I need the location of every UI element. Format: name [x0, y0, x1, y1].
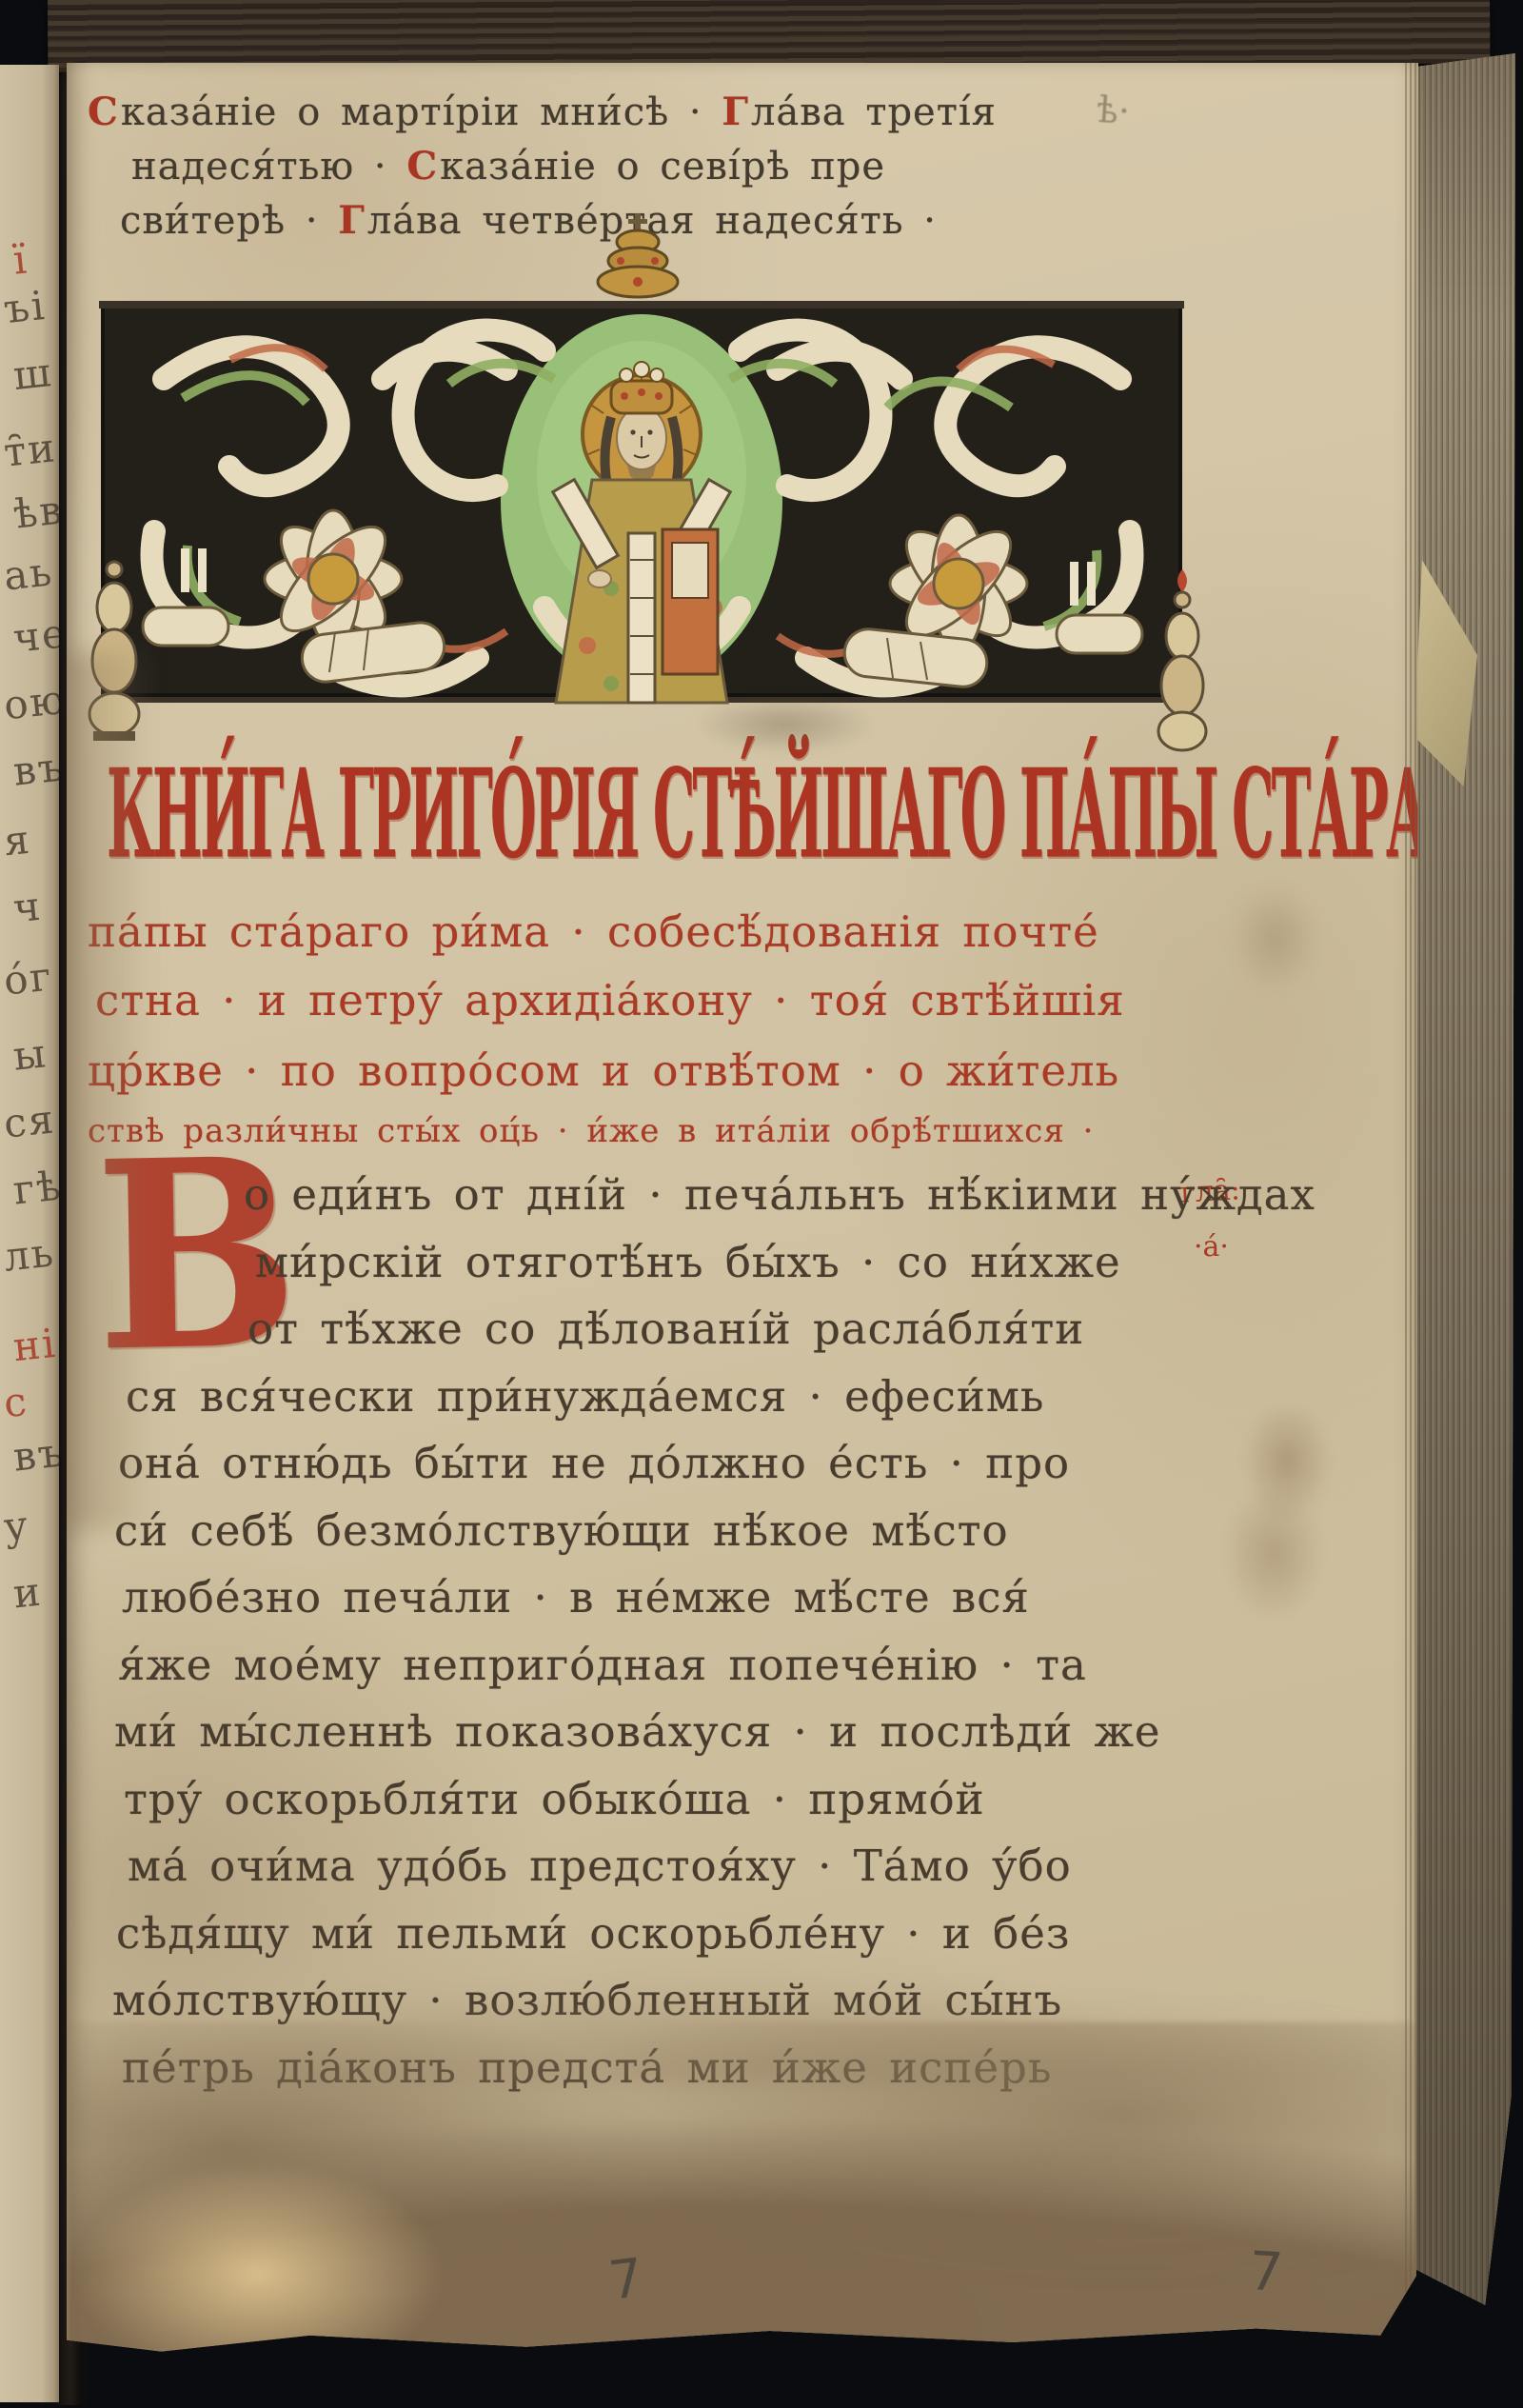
stain	[72, 2162, 444, 2386]
left-candelabra-pendant-icon	[84, 558, 145, 746]
ornamental-headpiece	[97, 293, 1187, 724]
pencil-folio-number: 7	[1247, 2240, 1285, 2304]
header-line: сви́терѣ · Гла́ва четве́ртая надеся́ть ·	[120, 198, 937, 243]
manuscript-line: ся вся́чески при́нужда́емся · ефеси́мь	[126, 1371, 1044, 1422]
header-text-block: Сказа́ніе о марті́ріи мни́сѣ · Гла́ва тр…	[88, 90, 1373, 275]
manuscript-line: любе́зно печа́ли · в не́мже мѣ́сте вся́	[122, 1572, 1030, 1622]
right-candelabra-pendant-icon	[1152, 567, 1213, 756]
manuscript-line: мо́лствую́щу · возлю́бленный мо́й сы́нъ	[112, 1975, 1062, 2025]
manuscript-line: от тѣ́хже со дѣ́ловані́й расла́бля́ти	[247, 1304, 1084, 1354]
text-segment: сви́терѣ ·	[120, 199, 338, 243]
facing-page-text-fragment: т̑и	[2, 424, 59, 476]
text-segment: надеся́тью ·	[131, 145, 406, 189]
facing-page-edge: їъішт̑иѣваьчеоювъячо́гысягѣльнісвъуи	[0, 65, 59, 2402]
pencil-folio-number: 7	[605, 2247, 646, 2313]
text-segment: каза́ніе о севі́рѣ пре	[440, 145, 885, 189]
rubricated-initial: Г	[722, 90, 751, 134]
manuscript-line: сѣдя́щу ми́ пельми́ оскорьбле́ну · и бе́…	[116, 1908, 1070, 1959]
rubricated-initial: С	[406, 144, 440, 189]
facing-page-text-fragment: ы	[11, 1029, 49, 1079]
facing-page-text-fragment: о́г	[2, 952, 55, 1004]
facing-page-text-fragment: ѣв	[11, 486, 59, 537]
manuscript-line: си́ себѣ́ безмо́лствую́щи нѣ́кое мѣ́сто	[114, 1505, 1009, 1556]
facing-page-text-fragment: ш	[11, 348, 55, 399]
text-segment: ла́ва треті́я	[751, 90, 997, 134]
manuscript-line: о еди́нъ от дні́й · печа́льнъ нѣ́кіими н…	[244, 1169, 1315, 1220]
facing-page-text-fragment: ся	[2, 1095, 58, 1146]
manuscript-line: она́ отню́дь бы́ти не до́лжно е́сть · пр…	[118, 1438, 1070, 1488]
facing-page-text-fragment: ль	[2, 1228, 57, 1280]
facing-page-text-fragment: аь	[2, 547, 56, 599]
facing-page-text-fragment: гѣ	[11, 1162, 59, 1213]
facing-page-text-fragment: въ	[11, 743, 59, 794]
header-line: надеся́тью · Сказа́ніе о севі́рѣ пре	[131, 144, 885, 189]
manuscript-line: тру́ оскорьбля́ти обыко́ша · прямо́й	[124, 1774, 985, 1824]
manuscript-line: я́же мое́му неприго́дная попече́нію · та	[118, 1640, 1087, 1690]
facing-page-text-fragment: ою	[2, 676, 59, 729]
facing-page-text-fragment: я	[2, 816, 33, 866]
facing-page-text-fragment: въ	[11, 1428, 59, 1480]
facing-page-text-fragment: че	[11, 609, 59, 662]
rubricated-initial: Г	[338, 198, 367, 243]
rubric-line: цр́кве · по вопро́сом и отвѣ́том · о жи́…	[88, 1045, 1119, 1096]
photograph-background: { "manuscript": { "header_lines": [ {"se…	[0, 0, 1523, 2408]
manuscript-page: ѣ· Сказа́ніе о марті́ріи мни́сѣ · Гла́ва…	[67, 63, 1418, 2354]
facing-page-text-fragment: ч	[11, 883, 45, 932]
book-top-edge	[48, 0, 1490, 72]
rubricated-initial: С	[88, 90, 121, 134]
facing-page-text-fragment: ї	[10, 235, 30, 283]
book-fore-edge	[1414, 53, 1515, 2323]
rubric-line: стна · и петру́ архидіа́кону · тоя́ свтѣ…	[95, 975, 1125, 1025]
facing-page-text-fragment: с	[2, 1378, 31, 1426]
facing-page-text-fragment: у	[2, 1502, 32, 1551]
torn-page-corner	[1414, 560, 1477, 786]
manuscript-line: ми́рскій отяготѣ́нъ бы́хъ · со ни́хже	[255, 1237, 1121, 1287]
header-line: Сказа́ніе о марті́ріи мни́сѣ · Гла́ва тр…	[88, 90, 997, 134]
text-segment: каза́ніе о марті́ріи мни́сѣ ·	[121, 90, 722, 134]
facing-page-text-fragment: ні	[11, 1320, 59, 1370]
body-text-block: о еди́нъ от дні́й · печа́льнъ нѣ́кіими н…	[112, 1169, 1412, 2150]
crown-finial-icon	[575, 211, 701, 301]
manuscript-line: ми́ мы́сленнѣ показова́хуся · и послѣди́…	[114, 1706, 1161, 1757]
facing-page-text-fragment: ъі	[2, 282, 49, 332]
manuscript-line: ма́ очи́ма удо́бь предстоя́ху · Та́мо у́…	[128, 1841, 1072, 1891]
rubric-line: па́пы ста́раго ри́ма · собесѣ́дованія по…	[88, 906, 1099, 957]
manuscript-line: пе́трь діа́конъ предста́ ми и́же испе́рь	[122, 2042, 1052, 2093]
facing-page-text-fragment: и	[11, 1568, 45, 1618]
